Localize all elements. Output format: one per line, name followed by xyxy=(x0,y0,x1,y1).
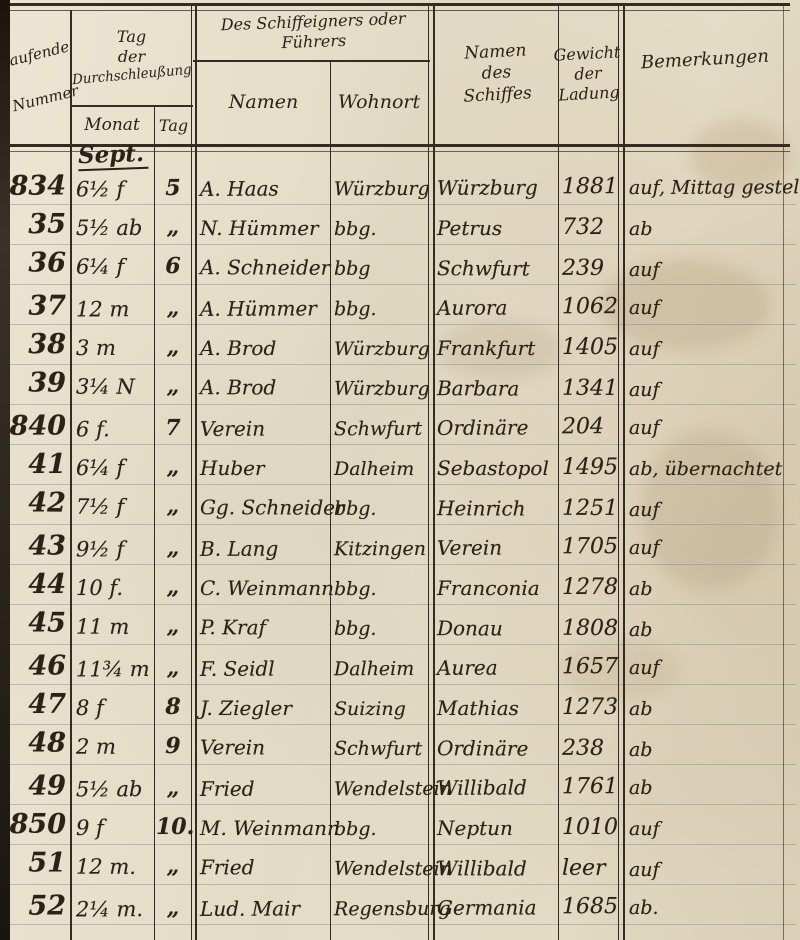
remark-cell: ab xyxy=(629,619,789,642)
ship-name-cell: Donau xyxy=(437,616,556,641)
remark-cell: auf xyxy=(629,296,789,319)
residence-cell: bbg. xyxy=(334,578,430,600)
cargo-weight-cell: 1685 xyxy=(562,894,618,919)
residence-cell: Regensburg xyxy=(334,898,430,920)
owner-name-cell: P. Kraf xyxy=(200,615,330,640)
time-cell: 6¼ f xyxy=(76,456,152,480)
cargo-weight-cell: 1495 xyxy=(562,455,618,480)
cargo-weight-cell: 1062 xyxy=(562,294,618,319)
remark-cell: auf xyxy=(629,859,789,882)
ledger-row: 41 6¼ f „ Huber Dalheim Sebastopol 1495 … xyxy=(0,443,800,483)
residence-cell: bbg. xyxy=(334,298,430,320)
ship-name-cell: Franconia xyxy=(437,576,556,600)
day-cell: 7 xyxy=(156,415,190,441)
time-cell: 10 f. xyxy=(76,576,152,600)
cargo-weight-cell: 1761 xyxy=(562,774,618,799)
header-text: Wohnort xyxy=(338,91,420,115)
owner-name-cell: F. Seidl xyxy=(200,656,330,681)
owner-name-cell: Verein xyxy=(200,735,330,760)
owner-name-cell: A. Hümmer xyxy=(200,296,330,321)
ledger-row: 51 12 m. „ Fried Wendelstein Willibald l… xyxy=(0,841,800,884)
residence-cell: Würzburg xyxy=(334,178,430,200)
time-cell: 5½ ab xyxy=(76,216,152,240)
ship-name-cell: Würzburg xyxy=(437,175,556,200)
time-cell: 2¼ m. xyxy=(76,897,152,921)
day-cell: 8 xyxy=(156,694,190,720)
time-cell: 9½ f xyxy=(76,537,152,561)
residence-cell: Dalheim xyxy=(334,458,430,480)
ship-name-cell: Barbara xyxy=(437,376,556,401)
time-cell: 2 m xyxy=(76,735,152,759)
day-cell: „ xyxy=(156,334,190,360)
header-monat: Monat xyxy=(70,107,154,144)
cargo-weight-cell: 204 xyxy=(562,414,618,439)
remark-cell: ab xyxy=(629,739,789,762)
time-cell: 6½ f xyxy=(76,177,152,201)
remark-cell: auf, Mittag gestellt xyxy=(629,176,789,199)
row-number-cell: 42 xyxy=(8,487,66,518)
header-namen: Namen xyxy=(197,62,330,144)
row-number-cell: 43 xyxy=(8,530,66,561)
ship-name-cell: Heinrich xyxy=(437,496,556,521)
cargo-weight-cell: 238 xyxy=(562,736,618,761)
page-binding-edge xyxy=(0,0,10,940)
residence-cell: bbg. xyxy=(334,618,430,640)
time-cell: 12 m. xyxy=(76,855,152,879)
ship-name-cell: Germania xyxy=(437,895,556,920)
ledger-row: 46 11¾ m „ F. Seidl Dalheim Aurea 1657 a… xyxy=(0,641,800,684)
ledger-row: 49 5½ ab „ Fried Wendelstein Willibald 1… xyxy=(0,761,800,804)
row-number-cell: 37 xyxy=(8,290,66,321)
cargo-weight-cell: 1657 xyxy=(562,654,618,679)
owner-name-cell: N. Hümmer xyxy=(200,216,330,240)
row-number-cell: 49 xyxy=(8,770,66,801)
residence-cell: Kitzingen xyxy=(334,538,430,560)
header-bemerkungen: Bemerkungen xyxy=(624,26,787,94)
remark-cell: auf xyxy=(629,338,789,360)
row-number-cell: 39 xyxy=(8,367,66,398)
ledger-row: 48 2 m 9 Verein Schwfurt Ordinäre 238 ab xyxy=(0,721,800,764)
time-cell: 3 m xyxy=(76,336,152,360)
remark-cell: auf xyxy=(629,416,789,439)
header-namen-des-schiffes: Namen des Schiffes xyxy=(432,9,561,139)
row-number-cell: 47 xyxy=(8,689,66,720)
day-cell: 10. xyxy=(156,814,190,840)
ship-name-cell: Verein xyxy=(437,535,556,560)
remark-cell: ab xyxy=(629,698,789,720)
ship-name-cell: Sebastopol xyxy=(437,456,556,480)
day-cell: „ xyxy=(156,454,190,480)
owner-name-cell: A. Schneider xyxy=(200,255,330,280)
owner-name-cell: A. Haas xyxy=(200,176,330,201)
time-cell: 8 f xyxy=(76,696,152,720)
time-cell: 3¼ N xyxy=(76,375,152,399)
cargo-weight-cell: 1705 xyxy=(562,534,618,559)
row-number-cell: 850 xyxy=(8,809,66,840)
row-number-cell: 44 xyxy=(8,569,66,600)
owner-name-cell: Fried xyxy=(200,776,330,801)
cargo-weight-cell: 1808 xyxy=(562,616,618,641)
row-number-cell: 38 xyxy=(8,329,66,360)
owner-name-cell: Fried xyxy=(200,855,330,880)
cargo-weight-cell: 1881 xyxy=(562,174,618,199)
owner-name-cell: M. Weinmann xyxy=(200,816,330,840)
header-text: Schiffes xyxy=(463,83,532,108)
header-text: des xyxy=(481,63,512,86)
owner-name-cell: J. Ziegler xyxy=(200,696,330,720)
header-text: der xyxy=(574,63,602,84)
header-text: Gewicht xyxy=(553,42,621,65)
day-cell: 5 xyxy=(156,175,190,201)
cargo-weight-cell: 1341 xyxy=(562,376,618,401)
ship-name-cell: Ordinäre xyxy=(437,736,556,761)
header-text: Laufende xyxy=(0,38,71,73)
residence-cell: Schwfurt xyxy=(334,738,430,760)
cargo-weight-cell: 1251 xyxy=(562,496,618,521)
row-number-cell: 51 xyxy=(8,847,66,878)
header-text: Monat xyxy=(84,115,140,136)
ledger-row: 44 10 f. „ C. Weinmann bbg. Franconia 12… xyxy=(0,563,800,603)
header-tag-der-durchschleusung: Tag der Durchschleußung xyxy=(70,6,193,105)
ship-name-cell: Frankfurt xyxy=(437,336,556,360)
header-text: Tag xyxy=(117,27,146,47)
residence-cell: Dalheim xyxy=(334,658,430,680)
remark-cell: ab xyxy=(629,218,789,240)
residence-cell: bbg. xyxy=(334,498,430,520)
row-number-cell: 52 xyxy=(8,890,66,921)
header-text: Namen xyxy=(464,41,527,65)
header-text: Führers xyxy=(281,31,346,53)
header-text: Namen xyxy=(229,91,298,115)
remark-cell: auf xyxy=(629,259,789,282)
day-cell: „ xyxy=(156,535,190,561)
owner-name-cell: Verein xyxy=(200,416,330,441)
remark-cell: auf xyxy=(629,656,789,679)
time-cell: 9 f xyxy=(76,816,152,840)
time-cell: 7½ f xyxy=(76,495,152,519)
cargo-weight-cell: 1405 xyxy=(562,335,618,360)
remark-cell: ab xyxy=(629,776,789,799)
residence-cell: bbg. xyxy=(334,218,430,240)
time-cell: 5½ ab xyxy=(76,777,152,801)
owner-name-cell: B. Lang xyxy=(200,536,330,561)
day-cell: „ xyxy=(156,853,190,879)
ship-name-cell: Aurora xyxy=(437,295,556,320)
residence-cell: Schwfurt xyxy=(334,418,430,440)
header-text: Tag xyxy=(159,116,188,136)
cargo-weight-cell: 1273 xyxy=(562,695,618,720)
day-cell: „ xyxy=(156,373,190,399)
ledger-page: Laufende Nummer Tag der Durchschleußung … xyxy=(0,0,800,940)
residence-cell: Wendelstein xyxy=(334,778,430,800)
day-cell: „ xyxy=(156,214,190,240)
ship-name-cell: Schwfurt xyxy=(437,256,556,281)
row-number-cell: 35 xyxy=(8,209,66,240)
ledger-row: 45 11 m „ P. Kraf bbg. Donau 1808 ab xyxy=(0,601,800,644)
residence-cell: bbg xyxy=(334,258,430,280)
ledger-row: 39 3¼ N „ A. Brod Würzburg Barbara 1341 … xyxy=(0,361,800,404)
remark-cell: ab xyxy=(629,578,789,600)
row-number-cell: 41 xyxy=(8,449,66,480)
ship-name-cell: Willibald xyxy=(437,856,556,881)
ledger-row: 37 12 m „ A. Hümmer bbg. Aurora 1062 auf xyxy=(0,281,800,324)
time-cell: 12 m xyxy=(76,297,152,321)
remark-cell: auf xyxy=(629,499,789,522)
row-number-cell: 36 xyxy=(8,247,66,278)
day-cell: „ xyxy=(156,295,190,321)
cargo-weight-cell: 1278 xyxy=(562,575,618,600)
ship-name-cell: Willibald xyxy=(437,775,556,800)
ship-name-cell: Neptun xyxy=(437,816,556,840)
ledger-row: 42 7½ f „ Gg. Schneider bbg. Heinrich 12… xyxy=(0,481,800,524)
ledger-row: 36 6¼ f 6 A. Schneider bbg Schwfurt 239 … xyxy=(0,241,800,284)
cargo-weight-cell: 239 xyxy=(562,256,618,281)
cargo-weight-cell: 1010 xyxy=(562,815,618,840)
header-text: der xyxy=(118,47,145,67)
ledger-row: 35 5½ ab „ N. Hümmer bbg. Petrus 732 ab xyxy=(0,203,800,243)
day-cell: „ xyxy=(156,574,190,600)
header-tag: Tag xyxy=(154,107,193,144)
cargo-weight-cell: leer xyxy=(562,856,618,881)
residence-cell: bbg. xyxy=(334,818,430,840)
time-cell: 6¼ f xyxy=(76,255,152,279)
ledger-row: 834 6½ f 5 A. Haas Würzburg Würzburg 188… xyxy=(0,161,800,204)
ship-name-cell: Mathias xyxy=(437,696,556,720)
remark-cell: ab. xyxy=(629,896,789,919)
ship-name-cell: Petrus xyxy=(437,216,556,240)
header-schiffseigner: Des Schiffeigners oder Führers xyxy=(196,0,431,64)
header-text: Bemerkungen xyxy=(640,45,769,74)
row-number-cell: 48 xyxy=(8,727,66,758)
day-cell: „ xyxy=(156,613,190,639)
day-cell: „ xyxy=(156,655,190,681)
owner-name-cell: C. Weinmann xyxy=(200,576,330,600)
remark-cell: auf xyxy=(629,536,789,559)
residence-cell: Würzburg xyxy=(334,338,430,360)
remark-cell: auf xyxy=(629,379,789,402)
header-gewicht-der-ladung: Gewicht der Ladung xyxy=(555,11,621,138)
owner-name-cell: A. Brod xyxy=(200,375,330,400)
row-number-cell: 46 xyxy=(8,650,66,681)
ledger-row: 38 3 m „ A. Brod Würzburg Frankfurt 1405… xyxy=(0,323,800,363)
ledger-row: 52 2¼ m. „ Lud. Mair Regensburg Germania… xyxy=(0,881,800,924)
residence-cell: Würzburg xyxy=(334,378,430,400)
day-cell: „ xyxy=(156,493,190,519)
remark-cell: auf xyxy=(629,818,789,840)
cargo-weight-cell: 732 xyxy=(562,215,618,240)
day-cell: 9 xyxy=(156,733,190,759)
residence-cell: Wendelstein xyxy=(334,858,430,880)
owner-name-cell: Gg. Schneider xyxy=(200,495,330,520)
time-cell: 11 m xyxy=(76,615,152,639)
day-cell: „ xyxy=(156,895,190,921)
ledger-row: 840 6 f. 7 Verein Schwfurt Ordinäre 204 … xyxy=(0,401,800,444)
ledger-row: 43 9½ f „ B. Lang Kitzingen Verein 1705 … xyxy=(0,521,800,564)
owner-name-cell: Lud. Mair xyxy=(200,896,330,921)
ledger-row: 47 8 f 8 J. Ziegler Suizing Mathias 1273… xyxy=(0,683,800,723)
row-number-cell: 834 xyxy=(8,170,66,201)
row-number-cell: 840 xyxy=(8,410,66,441)
day-cell: „ xyxy=(156,775,190,801)
time-cell: 11¾ m xyxy=(76,657,152,681)
header-text: Ladung xyxy=(558,82,620,105)
owner-name-cell: A. Brod xyxy=(200,336,330,360)
header-wohnort: Wohnort xyxy=(330,62,428,144)
remark-cell: ab, übernachtet xyxy=(629,458,789,480)
day-cell: 6 xyxy=(156,253,190,279)
owner-name-cell: Huber xyxy=(200,456,330,480)
ship-name-cell: Ordinäre xyxy=(437,415,556,440)
residence-cell: Suizing xyxy=(334,698,430,720)
time-cell: 6 f. xyxy=(76,417,152,441)
ledger-row: 850 9 f 10. M. Weinmann bbg. Neptun 1010… xyxy=(0,803,800,843)
ship-name-cell: Aurea xyxy=(437,655,556,680)
row-number-cell: 45 xyxy=(8,607,66,638)
